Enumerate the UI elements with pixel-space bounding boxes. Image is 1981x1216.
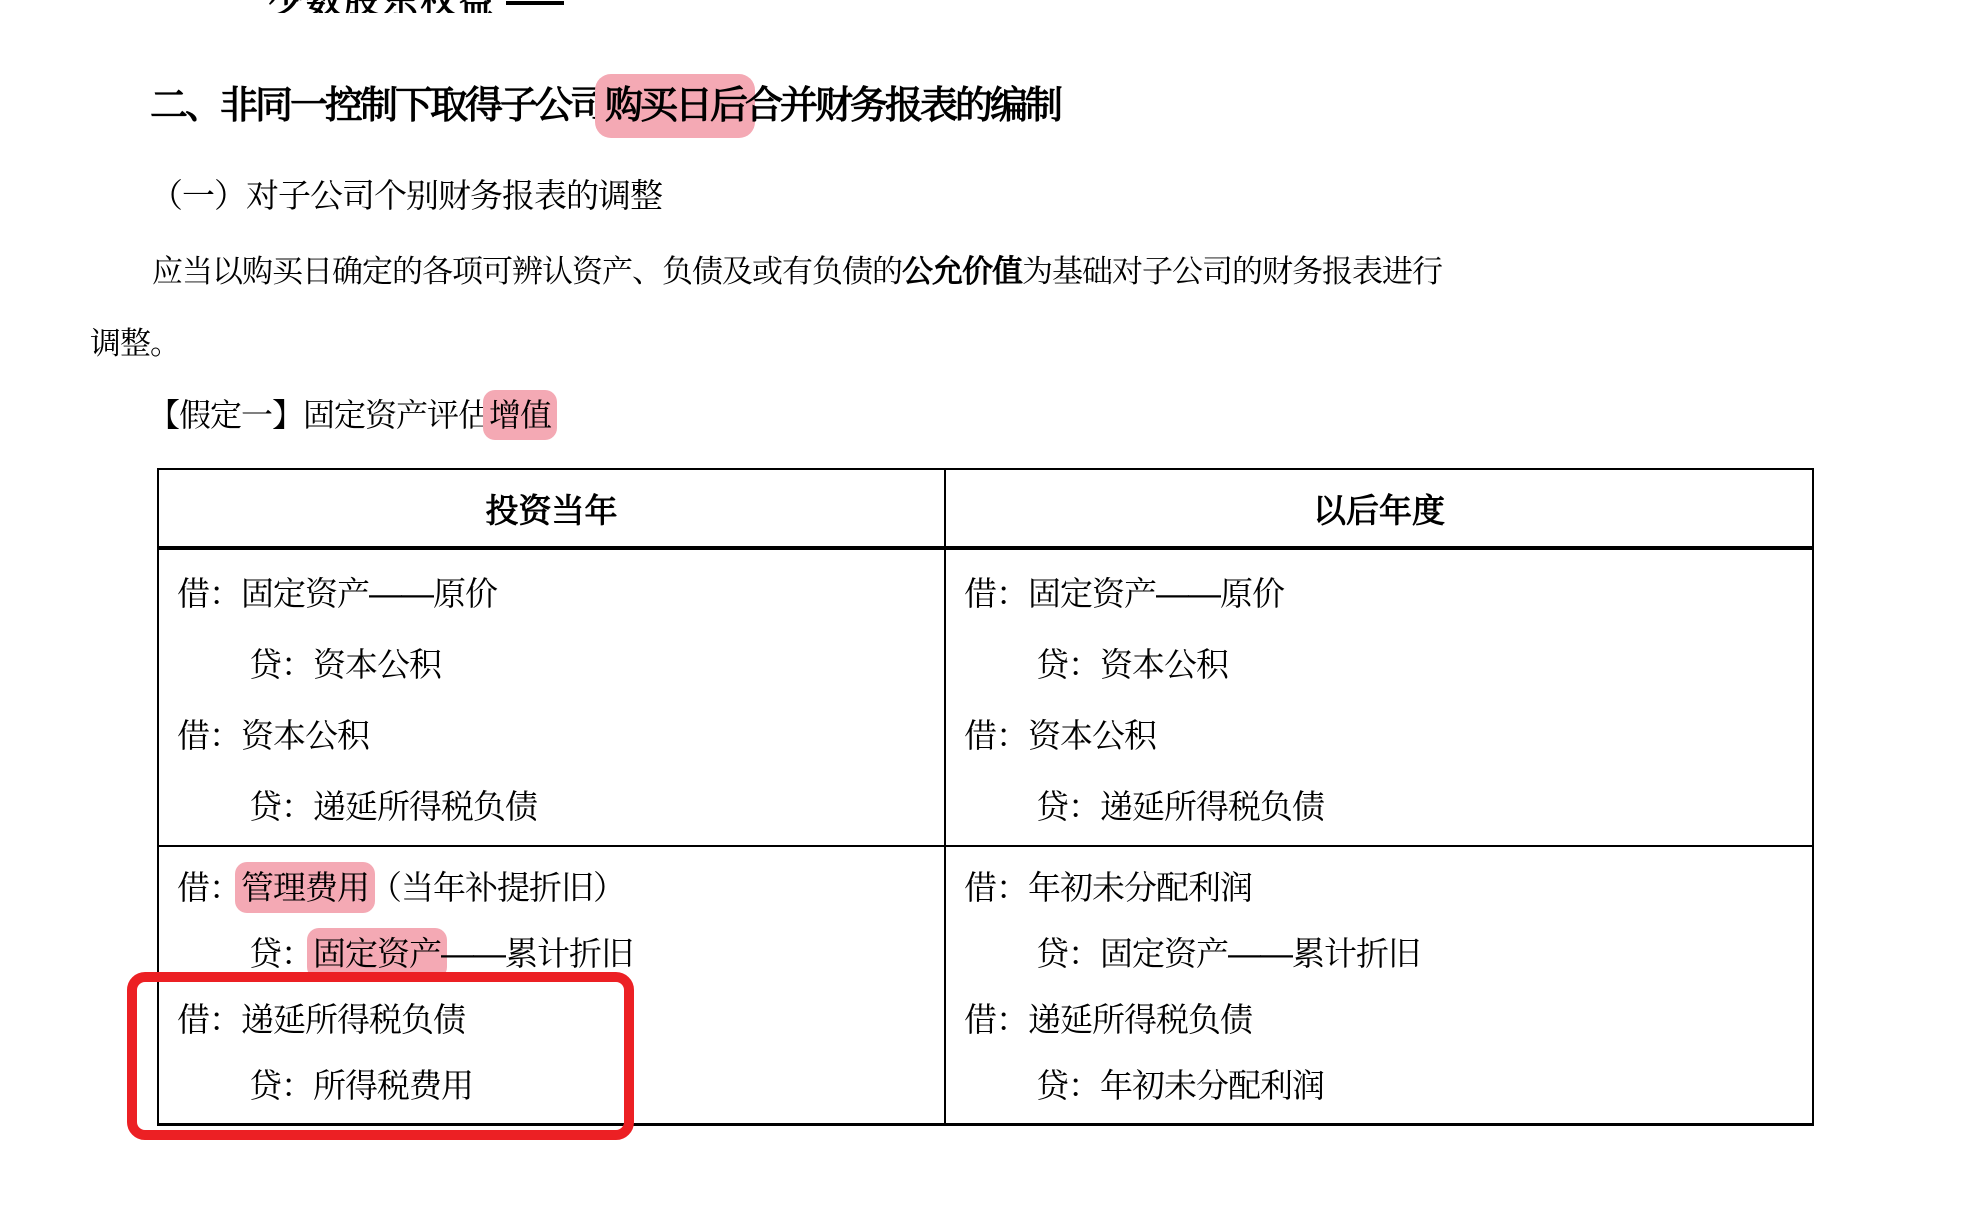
entry-line: 借：资本公积 [946,700,1812,771]
paragraph-bold-fair-value: 公允价值 [902,254,1022,289]
paragraph-text-post: 为基础对子公司的财务报表进行 [1022,254,1442,289]
clipped-underline-fragment [506,1,564,5]
entry-line: 贷：年初未分配利润 [946,1053,1812,1119]
entry-line: 借：固定资产——原价 [946,558,1812,629]
entry-text: 贷： [249,935,313,972]
assumption-line: 【假定一】固定资产评估增值 [148,390,551,436]
cell-investment-year-initial: 借：固定资产——原价贷：资本公积借：资本公积贷：递延所得税负债 [158,548,945,846]
clipped-text-fragment: 少数股东权益 [268,0,496,13]
col-header-later-years: 以后年度 [945,469,1813,548]
entry-line: 贷：资本公积 [946,629,1812,700]
cell-later-years-subsequent: 借：年初未分配利润贷：固定资产——累计折旧借：递延所得税负债贷：年初未分配利润 [945,846,1813,1125]
clipped-previous-line: 少数股东权益 [268,0,688,13]
assumption-text: 【假定一】固定资产评估 [148,397,489,433]
entry-line: 借：年初未分配利润 [946,855,1812,921]
body-paragraph-line2: 调整。 [90,318,180,363]
entry-line: 贷：递延所得税负债 [159,771,944,842]
document-page: { "top_fragment": { "text": "少数股东权益" }, … [0,0,1981,1216]
section-heading: 二、非同一控制下取得子公司购买日后合并财务报表的编制 [150,74,1060,129]
entry-line: 贷：固定资产——累计折旧 [946,921,1812,987]
heading-text-pre: 二、非同一控制下取得子公司 [150,85,605,127]
subsection-heading: （一）对子公司个别财务报表的调整 [150,170,662,217]
heading-highlight-purchase-date: 购买日后 [595,74,755,138]
cell-later-years-initial: 借：固定资产——原价贷：资本公积借：资本公积贷：递延所得税负债 [945,548,1813,846]
heading-text-post: 合并财务报表的编制 [745,85,1060,127]
entry-text: （当年补提折旧） [369,869,625,906]
entry-line: 借：固定资产——原价 [159,558,944,629]
highlight-admin-expense: 管理费用 [235,862,375,913]
entry-text: ——累计折旧 [441,935,633,972]
entry-line: 借：资本公积 [159,700,944,771]
table-row-initial-entries: 借：固定资产——原价贷：资本公积借：资本公积贷：递延所得税负债 借：固定资产——… [158,548,1813,846]
entry-line: 借：递延所得税负债 [946,987,1812,1053]
entry-text: 借： [177,869,241,906]
body-paragraph-line1: 应当以购买日确定的各项可辨认资产、负债及或有负债的公允价值为基础对子公司的财务报… [90,246,1442,291]
entry-line: 贷：资本公积 [159,629,944,700]
entry-line-admin-expense: 借：管理费用（当年补提折旧） [159,855,944,921]
assumption-highlight-appreciation: 增值 [483,390,557,440]
paragraph-text-pre: 应当以购买日确定的各项可辨认资产、负债及或有负债的 [152,254,902,289]
col-header-investment-year: 投资当年 [158,469,945,548]
red-annotation-box [127,972,634,1140]
entry-line: 贷：递延所得税负债 [946,771,1812,842]
table-header-row: 投资当年 以后年度 [158,469,1813,548]
